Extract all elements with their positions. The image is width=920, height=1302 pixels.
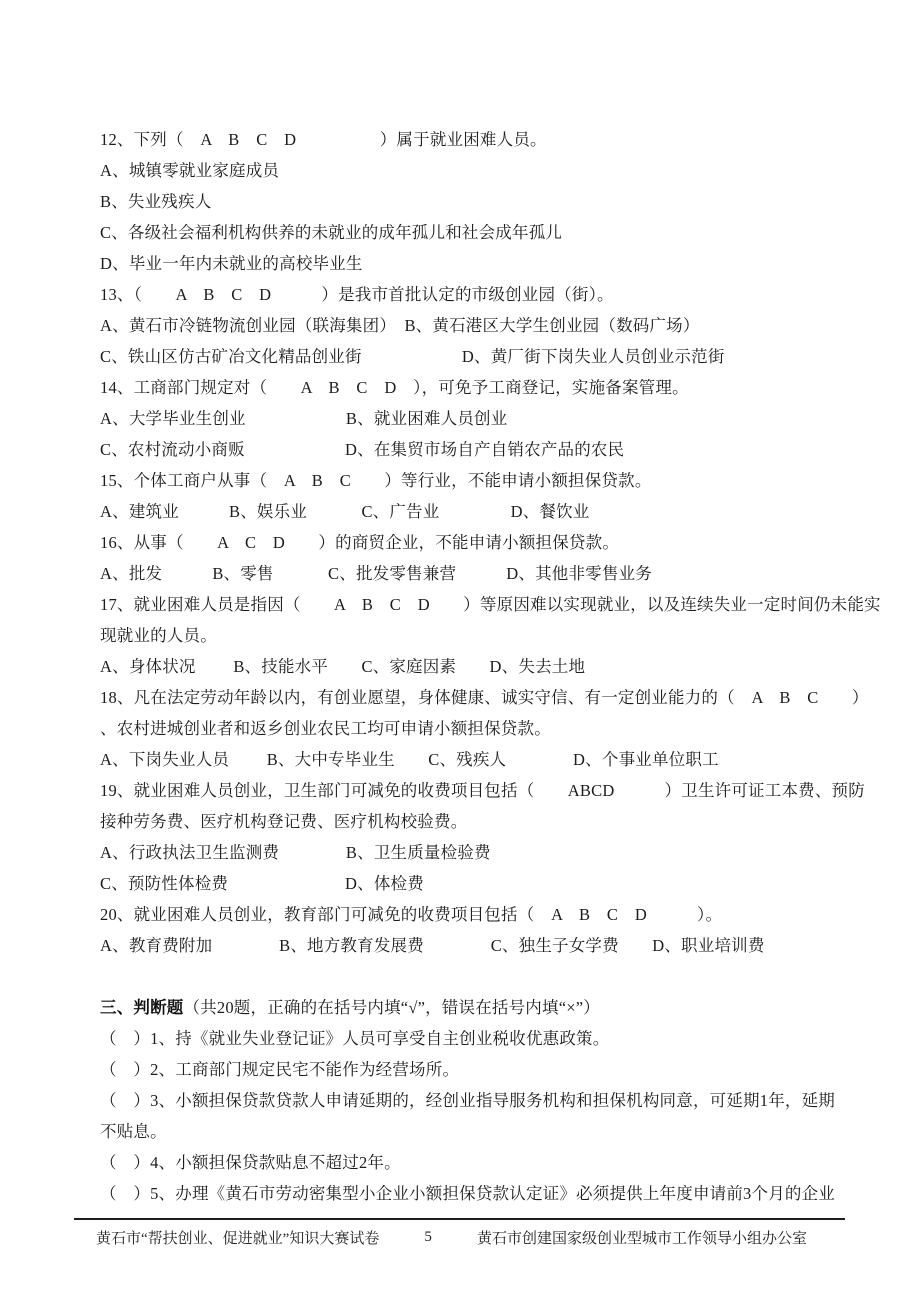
question-18-line: 18、凡在法定劳动年龄以内，有创业愿望，身体健康、诚实守信、有一定创业能力的（ … bbox=[100, 682, 860, 713]
footer-right-text: 黄石市创建国家级创业型城市工作领导小组办公室 bbox=[477, 1227, 807, 1248]
judgement-item-1: （ ）1、持《就业失业登记证》人员可享受自主创业税收优惠政策。 bbox=[100, 1023, 860, 1054]
question-13-line: 13、（ A B C D ）是我市首批认定的市级创业园（街）。 bbox=[100, 279, 860, 310]
option-line: A、大学毕业生创业 B、就业困难人员创业 bbox=[100, 403, 860, 434]
section3-title: 三、判断题 bbox=[100, 998, 184, 1017]
option-line: C、铁山区仿古矿冶文化精品创业街 D、黄厂街下岗失业人员创业示范街 bbox=[100, 341, 860, 372]
exam-body: 12、下列（ A B C D ）属于就业困难人员。 A、城镇零就业家庭成员 B、… bbox=[100, 124, 860, 1209]
option-line: A、城镇零就业家庭成员 bbox=[100, 155, 860, 186]
judgement-item-4: （ ）4、小额担保贷款贴息不超过2年。 bbox=[100, 1147, 860, 1178]
option-line: C、各级社会福利机构供养的未就业的成年孤儿和社会成年孤儿 bbox=[100, 217, 860, 248]
section3-header: 三、判断题（共20题，正确的在括号内填“√”，错误在括号内填“×”） bbox=[100, 992, 860, 1023]
option-line: A、身体状况 B、技能水平 C、家庭因素 D、失去土地 bbox=[100, 651, 860, 682]
option-line: A、教育费附加 B、地方教育发展费 C、独生子女学费 D、职业培训费 bbox=[100, 930, 860, 961]
option-line: A、行政执法卫生监测费 B、卫生质量检验费 bbox=[100, 837, 860, 868]
judgement-item-3: （ ）3、小额担保贷款贷款人申请延期的，经创业指导服务机构和担保机构同意，可延期… bbox=[100, 1085, 860, 1116]
question-12-line: 12、下列（ A B C D ）属于就业困难人员。 bbox=[100, 124, 860, 155]
judgement-item-5: （ ）5、办理《黄石市劳动密集型小企业小额担保贷款认定证》必须提供上年度申请前3… bbox=[100, 1178, 860, 1209]
option-line: B、失业残疾人 bbox=[100, 186, 860, 217]
judgement-item-3-continuation: 不贴息。 bbox=[100, 1116, 860, 1147]
question-18-continuation: 、农村进城创业者和返乡创业农民工均可申请小额担保贷款。 bbox=[100, 713, 860, 744]
question-19-continuation: 接种劳务费、医疗机构登记费、医疗机构校验费。 bbox=[100, 806, 860, 837]
judgement-item-2: （ ）2、工商部门规定民宅不能作为经营场所。 bbox=[100, 1054, 860, 1085]
question-17-continuation: 现就业的人员。 bbox=[100, 620, 860, 651]
page-number: 5 bbox=[424, 1229, 432, 1246]
option-line: A、下岗失业人员 B、大中专毕业生 C、残疾人 D、个事业单位职工 bbox=[100, 744, 860, 775]
question-15-line: 15、个体工商户从事（ A B C ）等行业，不能申请小额担保贷款。 bbox=[100, 465, 860, 496]
option-line: A、建筑业 B、娱乐业 C、广告业 D、餐饮业 bbox=[100, 496, 860, 527]
option-line: C、农村流动小商贩 D、在集贸市场自产自销农产品的农民 bbox=[100, 434, 860, 465]
question-14-line: 14、工商部门规定对（ A B C D ），可免予工商登记，实施备案管理。 bbox=[100, 372, 860, 403]
question-16-line: 16、从事（ A C D ）的商贸企业，不能申请小额担保贷款。 bbox=[100, 527, 860, 558]
question-19-line: 19、就业困难人员创业，卫生部门可减免的收费项目包括（ ABCD ）卫生许可证工… bbox=[100, 775, 860, 806]
option-line: A、黄石市冷链物流创业园（联海集团） B、黄石港区大学生创业园（数码广场） bbox=[100, 310, 860, 341]
option-line: C、预防性体检费 D、体检费 bbox=[100, 868, 860, 899]
question-17-line: 17、就业困难人员是指因（ A B C D ）等原因难以实现就业，以及连续失业一… bbox=[100, 589, 860, 620]
question-20-line: 20、就业困难人员创业，教育部门可减免的收费项目包括（ A B C D ）。 bbox=[100, 899, 860, 930]
option-line: D、毕业一年内未就业的高校毕业生 bbox=[100, 248, 860, 279]
exam-page: 12、下列（ A B C D ）属于就业困难人员。 A、城镇零就业家庭成员 B、… bbox=[0, 0, 920, 1302]
footer-left-text: 黄石市“帮扶创业、促进就业”知识大赛试卷 bbox=[96, 1227, 379, 1248]
section3-description: （共20题，正确的在括号内填“√”，错误在括号内填“×”） bbox=[184, 998, 600, 1017]
page-footer: 黄石市“帮扶创业、促进就业”知识大赛试卷 5 黄石市创建国家级创业型城市工作领导… bbox=[74, 1218, 845, 1248]
option-line: A、批发 B、零售 C、批发零售兼营 D、其他非零售业务 bbox=[100, 558, 860, 589]
